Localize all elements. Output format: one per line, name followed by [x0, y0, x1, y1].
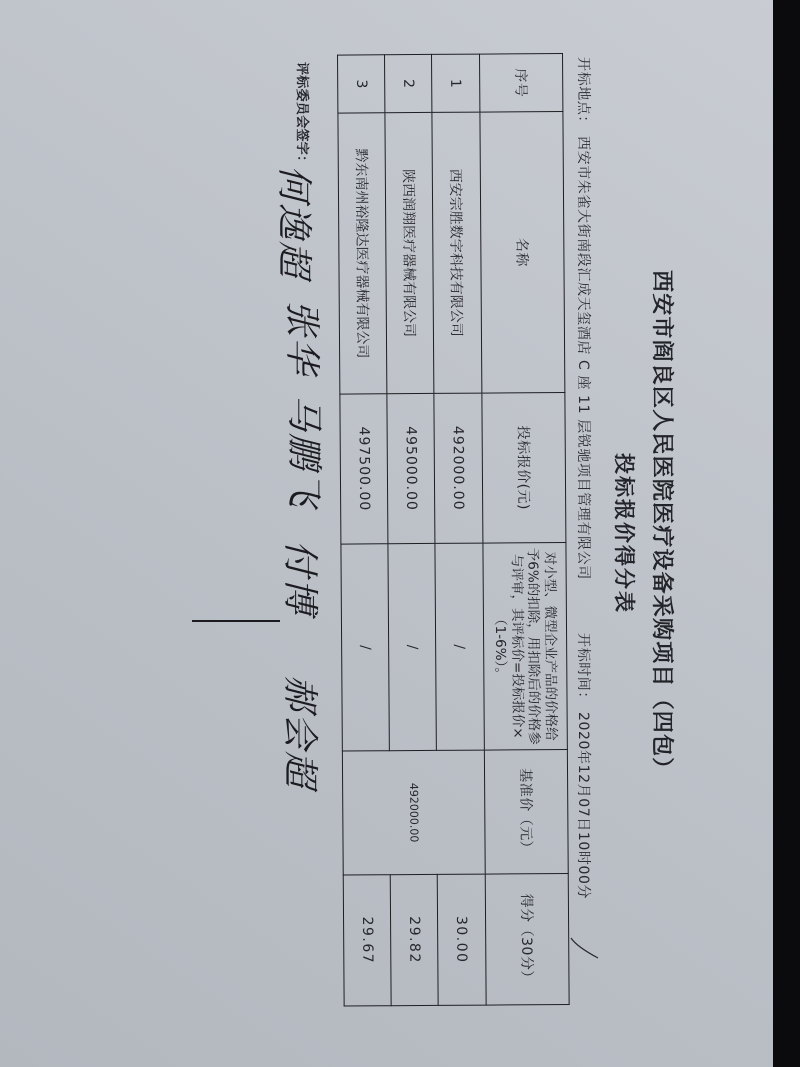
row-score: 29.82 [390, 874, 438, 1005]
bid-score-table: 序号 名称 投标报价(元) 对小型、微型企业产品的价格给予6%的扣除，用扣除后的… [337, 53, 570, 1007]
row-adjusted-price: / [341, 544, 389, 751]
bid-location: 开标地点：西安市朱雀大街南段汇成天玺酒店 C 座 11 层锐驰项目管理有限公司 [574, 57, 594, 580]
header-score: 得分（30分） [485, 873, 569, 1005]
bid-time: 开标时间：2020年12月07日10时00分 [574, 633, 594, 899]
row-no: 2 [385, 54, 432, 112]
signature-4: 付博 [277, 540, 328, 616]
pen-mark-icon [565, 930, 605, 970]
bid-location-label: 开标地点： [575, 57, 591, 130]
document-subtitle: 投标报价得分表 [610, 453, 640, 614]
table-header-row: 序号 名称 投标报价(元) 对小型、微型企业产品的价格给予6%的扣除，用扣除后的… [480, 54, 570, 1006]
row-no: 3 [338, 55, 385, 113]
signature-5: 郝会超 [277, 675, 328, 789]
table-row: 1 西安宗胜数字科技有限公司 492000.00 / 492000.00 30.… [432, 54, 487, 1005]
bid-location-value: 西安市朱雀大街南段汇成天玺酒店 C 座 11 层锐驰项目管理有限公司 [575, 136, 591, 580]
photo-background-edge [773, 0, 800, 1067]
signature-3: 马鹏飞 [281, 395, 332, 509]
signature-2: 张华 [279, 300, 330, 376]
row-bid-price: 492000.00 [434, 393, 483, 543]
row-bid-price: 495000.00 [387, 393, 435, 543]
row-no: 1 [432, 54, 480, 112]
signature-1: 何逸超 [271, 165, 322, 279]
row-adjusted-price: / [388, 543, 436, 750]
row-score: 30.00 [437, 874, 486, 1005]
bid-time-label: 开标时间： [575, 633, 591, 706]
row-bid-price: 497500.00 [340, 394, 388, 544]
row-company-name: 黔东南州裕隆达医疗器械有限公司 [338, 113, 387, 394]
row-company-name: 西安宗胜数字科技有限公司 [432, 112, 482, 393]
base-price-cell: 492000.00 [342, 750, 485, 875]
header-name: 名称 [480, 112, 565, 394]
signature-4-stroke [192, 620, 280, 622]
document-title: 西安市阎良区人民医院医疗设备采购项目（四包） [648, 270, 679, 780]
header-adjusted-price-note: 对小型、微型企业产品的价格给予6%的扣除，用扣除后的价格参与评审，其评标价=投标… [483, 542, 567, 750]
row-score: 29.67 [343, 875, 391, 1006]
header-bid: 投标报价(元) [482, 392, 566, 543]
scanned-document: 西安市阎良区人民医院医疗设备采购项目（四包） 投标报价得分表 开标地点：西安市朱… [0, 0, 800, 1067]
committee-signature-label: 评标委员会签字： [294, 62, 313, 168]
row-company-name: 陕西润翔医疗器械有限公司 [385, 112, 434, 393]
header-no: 序号 [480, 54, 563, 113]
bid-time-value: 2020年12月07日10时00分 [575, 712, 591, 899]
header-base-price: 基准价（元） [484, 749, 568, 874]
row-adjusted-price: / [435, 543, 484, 750]
